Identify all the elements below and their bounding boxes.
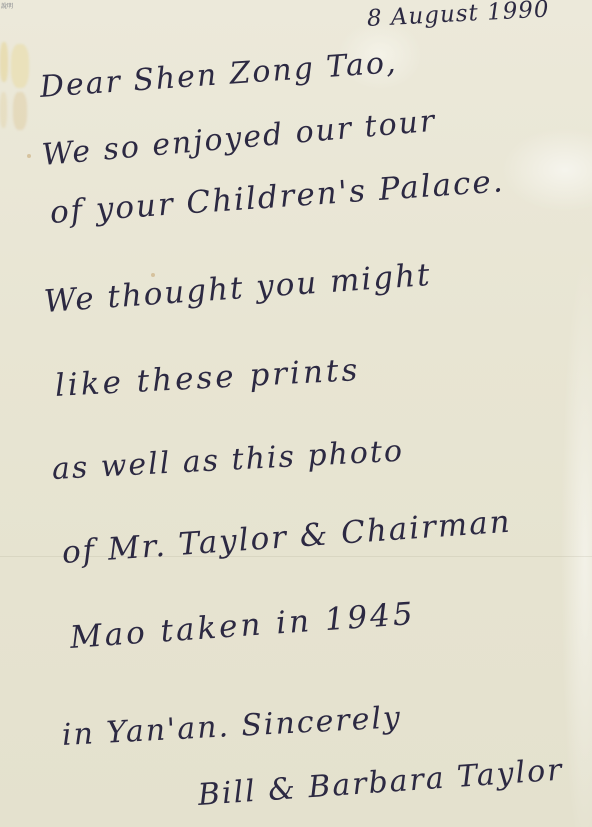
paper-stain	[0, 92, 7, 128]
letter-salutation: Dear Shen Zong Tao,	[39, 45, 399, 105]
paper-speck	[27, 154, 31, 158]
letter-line: Mao taken in 1945	[69, 596, 417, 656]
letter-line: of Mr. Taylor & Chairman	[61, 504, 513, 571]
paper-stain	[13, 92, 27, 130]
paper-stain	[11, 44, 29, 88]
paper-stain	[0, 42, 8, 82]
letter-date: 8 August 1990	[366, 0, 550, 32]
letter-page: 說明 8 August 1990 Dear Shen Zong Tao, We …	[0, 0, 592, 827]
letter-closing-line: in Yan'an. Sincerely	[61, 700, 403, 753]
letter-signature: Bill & Barbara Taylor	[197, 752, 565, 812]
letter-line: of your Children's Palace.	[49, 163, 506, 231]
letter-line: like these prints	[54, 352, 361, 404]
letter-line: We thought you might	[43, 257, 433, 320]
letter-line: as well as this photo	[51, 434, 405, 487]
corner-mark: 說明	[1, 1, 13, 10]
letter-line: We so enjoyed our tour	[40, 104, 437, 173]
